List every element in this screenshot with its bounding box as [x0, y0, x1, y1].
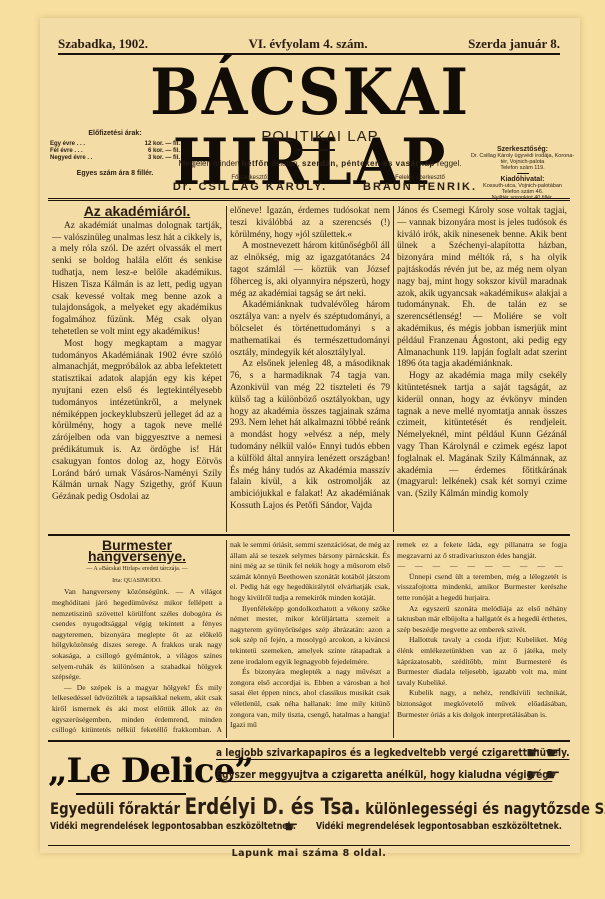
- price-row: Egy évre . . .12 kor. — fil.: [50, 141, 180, 147]
- ad-tagline: Egyszer meggyujtva a czigaretta anélkül,…: [216, 769, 552, 782]
- subtitle-divider: [295, 149, 335, 151]
- article-burmester-col1: Burmester hangversenye. — A »Bácskai Hir…: [52, 540, 222, 738]
- column-divider: [393, 540, 394, 738]
- article-academy-col1: Az akadémiáról. Az akadémiát unalmas dol…: [52, 206, 222, 532]
- prices-heading: Előfizetési árak:: [50, 130, 180, 137]
- pointing-hand-icon: ☛: [546, 743, 560, 762]
- pointing-hand-icon: ☛: [546, 765, 560, 784]
- article-academy-col3: János és Csemegi Károly sose voltak tagj…: [397, 206, 567, 532]
- masthead-title: BÁCSKAI HIRLAP: [80, 58, 540, 128]
- dateline: Szabadka, 1902. VI. évfyolam 4. szám. Sz…: [58, 34, 560, 55]
- article-title: Az akadémiáról.: [52, 206, 222, 218]
- column-divider: [226, 540, 227, 738]
- office-info: Szerkesztőség: Dr. Csillag Károly ügyvéd…: [470, 146, 575, 201]
- column-divider: [226, 206, 227, 532]
- article-burmester-col2: nak le semmi óriásit, semmi szenzációsat…: [230, 540, 390, 738]
- volume-issue: VI. évfyolam 4. szám.: [248, 36, 367, 52]
- dash-divider: — — — — — — — — — —: [397, 561, 567, 572]
- pointing-hand-icon: ☛: [526, 743, 540, 762]
- editor-in-chief: Főszerkesztő: Dr. CSILLAG KÁROLY.: [170, 175, 330, 193]
- newspaper-page: Szabadka, 1902. VI. évfyolam 4. szám. Sz…: [40, 18, 580, 853]
- section-rule: [48, 740, 570, 742]
- single-copy-price: Egyes szám ára 8 fillér.: [50, 170, 180, 177]
- ad-tagline: a legjobb szivarkapapiros és a legkedvel…: [216, 747, 570, 760]
- issue-date: Szerda január 8.: [468, 36, 560, 52]
- section-rule: [48, 534, 570, 536]
- article-burmester-col3: remek ez a fekete láda, egy pillanatra s…: [397, 540, 567, 738]
- header-rule: [48, 198, 570, 201]
- pointing-hand-icon: ☛: [526, 765, 540, 784]
- ad-seller: Egyedüli főraktár Erdélyi D. és Tsa. kül…: [50, 795, 605, 820]
- editors: Főszerkesztő: Dr. CSILLAG KÁROLY. Felelő…: [170, 175, 500, 193]
- byline: Irta: QUASIMODO.: [52, 576, 222, 587]
- ad-rural-orders: Vidéki megrendelések legpontosabban eszk…: [50, 821, 296, 832]
- place-year: Szabadka, 1902.: [58, 36, 148, 52]
- subscription-prices: Előfizetési árak: Egy évre . . .12 kor. …: [50, 130, 180, 177]
- page-count-notice: Lapunk mai száma 8 oldal.: [48, 845, 570, 859]
- office-divider: [517, 173, 529, 174]
- publication-schedule: Megjelen minden hétfőn délután, szerdán,…: [135, 159, 505, 168]
- article-academy-col2: előneve! Igazán, érdemes tudósokat nem t…: [230, 206, 390, 532]
- article-title: Burmester hangversenye.: [52, 540, 222, 561]
- price-row: Fél évre . . .6 kor. — fil.: [50, 148, 180, 154]
- ad-rural-orders: Vidéki megrendelések legpontosabban eszk…: [316, 821, 562, 832]
- masthead-subtitle: POLITIKAI LAP: [220, 128, 420, 145]
- pointing-hand-icon: ☛: [284, 817, 298, 836]
- column-divider: [393, 206, 394, 532]
- advertisement-le-delice: „Le Delice” a legjobb szivarkapapiros és…: [48, 743, 570, 843]
